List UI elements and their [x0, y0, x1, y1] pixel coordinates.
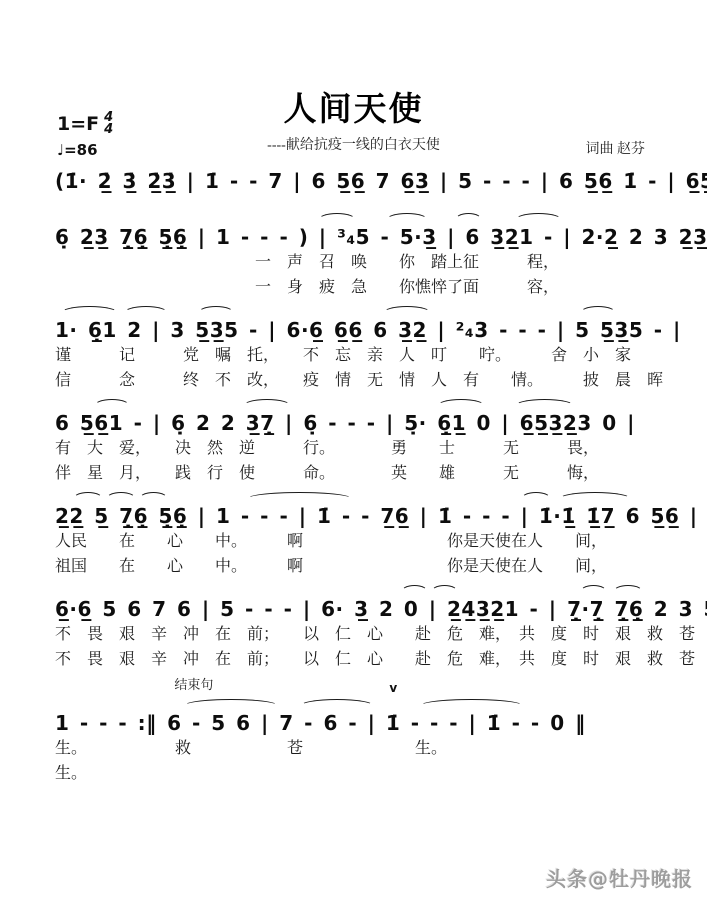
breath-mark-icon: v	[389, 681, 397, 695]
slur-arc	[61, 306, 118, 320]
music-notation-line: 1· 6̲̣1 2 | 3 5̲3̲5 - | 6·6̲ 6̲6̲ 6 3̲2̲…	[55, 317, 652, 343]
lyric-row: 生。	[55, 761, 652, 786]
slur-arc	[419, 699, 523, 713]
slur-arc	[198, 306, 234, 320]
lyric-row: 伴 星 月， 践 行 使 命。 英 雄 无 悔，	[55, 461, 652, 486]
slur-arc	[515, 213, 563, 227]
slur-arc	[243, 399, 291, 413]
key-signature: 1=F	[57, 113, 99, 135]
slur-arc	[580, 306, 616, 320]
key-tempo-block: 1=F 4 4 ♩=86	[57, 112, 113, 159]
music-line-wrap: 结束句v1 - - - :‖ 6 - 5 6 | 7 - 6 - | 1̇ - …	[55, 710, 652, 736]
lyric-row: 信 念 终 不 改， 疫 情 无 情 人 有 情。 披 晨 晖	[55, 368, 652, 393]
music-line-wrap: 6̣ 2̲3̲ 7̲̣6̲̣ 5̲̣6̲̣ | 1 - - - ) | ³₄5 …	[55, 224, 652, 250]
music-line-wrap: 6̲·6̲ 5 6 7 6 | 5 - - - | 6· 3̲ 2 0 | 2̲…	[55, 596, 652, 622]
watermark: 头条@牡丹晚报	[546, 863, 693, 892]
music-notation-line: 1 - - - :‖ 6 - 5 6 | 7 - 6 - | 1̇ - - - …	[55, 710, 652, 736]
time-signature: 4 4	[104, 112, 113, 136]
lyric-row: 生。 救 苍 生。	[55, 736, 652, 761]
score-header: 1=F 4 4 ♩=86 人间天使 ----献给抗疫一线的白衣天使 词曲 赵芬	[0, 0, 707, 154]
score: (1̇· 2̲̇ 3̲̇ 2̲̇3̲̇ | 1̇ - - 7 | 6 5̲6̲ …	[55, 168, 652, 786]
tempo-marking: ♩=86	[57, 141, 113, 159]
slur-arc	[431, 585, 458, 599]
slur-arc	[437, 399, 485, 413]
music-line-wrap: 6 5̲6̲1 - | 6̣ 2 2 3̲7̲̣ | 6̣ - - - | 5̣…	[55, 410, 652, 436]
music-system: 结束句v1 - - - :‖ 6 - 5 6 | 7 - 6 - | 1̇ - …	[55, 710, 652, 786]
music-system: 2̲2̲ 5̲ 7̲̣6̲̣ 5̲̣6̲̣ | 1 - - - | 1̇ - -…	[55, 503, 652, 579]
lyric-row: 不 畏 艰 辛 冲 在 前； 以 仁 心 赴 危 难， 共 度 时 艰 救 苍	[55, 647, 652, 672]
music-notation-line: 6 5̲6̲1 - | 6̣ 2 2 3̲7̲̣ | 6̣ - - - | 5̣…	[55, 410, 652, 436]
music-line-wrap: 1· 6̲̣1 2 | 3 5̲3̲5 - | 6·6̲ 6̲6̲ 6 3̲2̲…	[55, 317, 652, 343]
lyric-row: 不 畏 艰 辛 冲 在 前； 以 仁 心 赴 危 难， 共 度 时 艰 救 苍	[55, 622, 652, 647]
sheet-music-page: 1=F 4 4 ♩=86 人间天使 ----献给抗疫一线的白衣天使 词曲 赵芬 …	[0, 0, 707, 902]
lyric-row: 人民 在 心 中。 啊 你是天使在人 间，	[55, 529, 652, 554]
slur-arc	[383, 306, 431, 320]
music-notation-line: 2̲2̲ 5̲ 7̲̣6̲̣ 5̲̣6̲̣ | 1 - - - | 1̇ - -…	[55, 503, 652, 529]
slur-arc	[318, 213, 357, 227]
slur-arc	[73, 492, 103, 506]
music-system: 6 5̲6̲1 - | 6̣ 2 2 3̲7̲̣ | 6̣ - - - | 5̣…	[55, 410, 652, 486]
music-notation-line: 6̣ 2̲3̲ 7̲̣6̲̣ 5̲̣6̲̣ | 1 - - - ) | ³₄5 …	[55, 224, 652, 250]
lyric-row: 有 大 爱， 决 然 逆 行。 勇 士 无 畏，	[55, 436, 652, 461]
slur-arc	[455, 213, 482, 227]
music-notation-line: (1̇· 2̲̇ 3̲̇ 2̲̇3̲̇ | 1̇ - - 7 | 6 5̲6̲ …	[55, 168, 652, 194]
slur-arc	[124, 306, 169, 320]
music-system: 6̲·6̲ 5 6 7 6 | 5 - - - | 6· 3̲ 2 0 | 2̲…	[55, 596, 652, 672]
time-signature-denominator: 4	[104, 124, 113, 136]
music-notation-line: 6̲·6̲ 5 6 7 6 | 5 - - - | 6· 3̲ 2 0 | 2̲…	[55, 596, 652, 622]
slur-arc	[139, 492, 169, 506]
slur-arc	[300, 699, 375, 713]
ending-phrase-label: 结束句	[174, 674, 213, 693]
music-system: 1· 6̲̣1 2 | 3 5̲3̲5 - | 6·6̲ 6̲6̲ 6 3̲2̲…	[55, 317, 652, 393]
lyric-row: 一 身 疲 急 你憔悴了面 容，	[255, 275, 652, 300]
slur-arc	[386, 213, 428, 227]
slur-arc	[183, 699, 279, 713]
lyric-row: 谨 记 党 嘱 托， 不 忘 亲 人 叮 咛。 舍 小 家	[55, 343, 652, 368]
music-line-wrap: 2̲2̲ 5̲ 7̲̣6̲̣ 5̲̣6̲̣ | 1 - - - | 1̇ - -…	[55, 503, 652, 529]
slur-arc	[559, 492, 631, 506]
music-system: 6̣ 2̲3̲ 7̲̣6̲̣ 5̲̣6̲̣ | 1 - - - ) | ³₄5 …	[55, 224, 652, 300]
slur-arc	[613, 585, 643, 599]
composer-credit: 词曲 赵芬	[586, 138, 646, 158]
slur-arc	[401, 585, 428, 599]
music-system: (1̇· 2̲̇ 3̲̇ 2̲̇3̲̇ | 1̇ - - 7 | 6 5̲6̲ …	[55, 168, 652, 194]
music-line-wrap: (1̇· 2̲̇ 3̲̇ 2̲̇3̲̇ | 1̇ - - 7 | 6 5̲6̲ …	[55, 168, 652, 194]
slur-arc	[515, 399, 575, 413]
slur-arc	[521, 492, 551, 506]
slur-arc	[106, 492, 136, 506]
lyric-row: 一 声 召 唤 你 踏上征 程，	[255, 250, 652, 275]
slur-arc	[246, 492, 353, 506]
lyric-row: 祖国 在 心 中。 啊 你是天使在人 间，	[55, 554, 652, 579]
slur-arc	[94, 399, 130, 413]
